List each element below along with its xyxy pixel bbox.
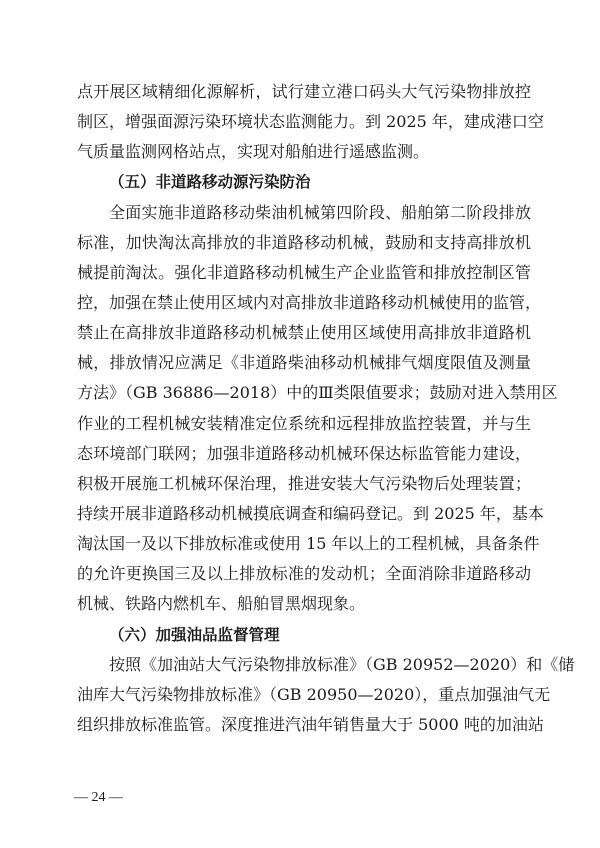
text-line: 积极开展施工机械环保治理，推进安装大气污染物后处理装置； [77,469,531,499]
text-line: 态环境部门联网；加强非道路移动机械环保达标监管能力建设， [77,439,531,469]
text-line: 组织排放标准监管。深度推进汽油年销售量大于 5000 吨的加油站 [77,710,531,740]
text-line: 按照《加油站大气污染物排放标准》（GB 20952—2020）和《储 [77,650,531,680]
text-line: 禁止在高排放非道路移动机械禁止使用区域使用高排放非道路机 [77,318,531,348]
text-line: 作业的工程机械安装精准定位系统和远程排放监控装置，并与生 [77,409,531,439]
text-line: 油库大气污染物排放标准》（GB 20950—2020），重点加强油气无 [77,680,531,710]
section-heading: （六）加强油品监督管理 [77,620,531,650]
text-line: 制区，增强面源污染环境状态监测能力。到 2025 年，建成港口空 [77,107,531,137]
page-number: — 24 — [74,790,123,806]
text-line: 持续开展非道路移动机械摸底调查和编码登记。到 2025 年，基本 [77,499,531,529]
text-line: 方法》（GB 36886—2018）中的Ⅲ类限值要求；鼓励对进入禁用区 [77,378,531,408]
text-line: 械提前淘汰。强化非道路移动机械生产企业监管和排放控制区管 [77,258,531,288]
text-line: 机械、铁路内燃机车、船舶冒黑烟现象。 [77,589,531,619]
text-line: 气质量监测网格站点，实现对船舶进行遥感监测。 [77,137,531,167]
text-line: 械，排放情况应满足《非道路柴油移动机械排气烟度限值及测量 [77,348,531,378]
section-heading: （五）非道路移动源污染防治 [77,167,531,197]
text-line: 标准，加快淘汰高排放的非道路移动机械，鼓励和支持高排放机 [77,228,531,258]
text-line: 的允许更换国三及以上排放标准的发动机；全面消除非道路移动 [77,559,531,589]
text-line: 控，加强在禁止使用区域内对高排放非道路移动机械使用的监管， [77,288,531,318]
text-line: 淘汰国一及以下排放标准或使用 15 年以上的工程机械，具备条件 [77,529,531,559]
text-line: 点开展区域精细化源解析，试行建立港口码头大气污染物排放控 [77,77,531,107]
text-line: 全面实施非道路移动柴油机械第四阶段、船舶第二阶段排放 [77,198,531,228]
document-body: 点开展区域精细化源解析，试行建立港口码头大气污染物排放控 制区，增强面源污染环境… [77,77,531,740]
